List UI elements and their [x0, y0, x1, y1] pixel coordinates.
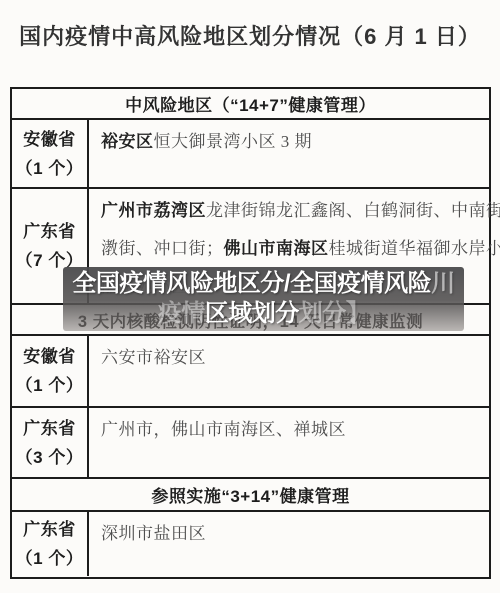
area-cell: 广州市，佛山市南海区、禅城区 [89, 408, 489, 477]
table-row-anhui-mid: 安徽省 （1 个） 裕安区恒大御景湾小区 3 期 [12, 118, 489, 187]
area-text-line2: 漖街、冲口街；佛山市南海区桂城街道华福御水岸小区、 [101, 230, 500, 268]
area-cell: 裕安区恒大御景湾小区 3 期 [89, 120, 489, 187]
section-header-mid-risk-label: 中风险地区（“14+7”健康管理） [125, 91, 376, 116]
province-count: （3 个） [16, 449, 84, 466]
province-name: 安徽省 [23, 131, 76, 148]
watermark-line2: 疫情区域划分划分】 [63, 299, 464, 329]
watermark-line2-main: 区域划分 [205, 300, 299, 327]
area-text: 广州市，佛山市南海区、禅城区 [101, 411, 483, 449]
watermark-overlay: 全国疫情风险地区分/全国疫情风险川 疫情区域划分划分】 [63, 267, 464, 331]
section-header-3plus14-label: 参照实施“3+14”健康管理 [151, 482, 349, 507]
area-text: 六安市裕安区 [101, 339, 483, 377]
document-page: 国内疫情中高风险地区划分情况（6 月 1 日） 中风险地区（“14+7”健康管理… [0, 0, 500, 593]
area-cell: 深圳市盐田区 [89, 512, 489, 576]
area-cell: 六安市裕安区 [89, 336, 489, 406]
province-name: 广东省 [23, 223, 76, 240]
province-cell: 广东省 （1 个） [12, 512, 89, 576]
watermark-clipped-glyph: 川 [431, 270, 455, 297]
province-count: （1 个） [16, 377, 84, 394]
province-name: 广东省 [23, 420, 76, 437]
province-count: （1 个） [16, 550, 84, 567]
province-name: 安徽省 [23, 348, 76, 365]
table-row-guangdong-monitoring: 广东省 （3 个） 广州市，佛山市南海区、禅城区 [12, 406, 489, 477]
area-text-line1: 广州市荔湾区龙津街锦龙汇鑫阁、白鹤洞街、中南街、东 [101, 192, 500, 230]
province-cell: 安徽省 （1 个） [12, 336, 89, 406]
area-text: 裕安区恒大御景湾小区 3 期 [101, 123, 483, 161]
province-name: 广东省 [23, 521, 76, 538]
watermark-ghost-post: 划分】 [299, 300, 370, 327]
watermark-line1: 全国疫情风险地区分/全国疫情风险川 [63, 268, 464, 299]
section-header-mid-risk: 中风险地区（“14+7”健康管理） [12, 89, 489, 118]
section-header-3plus14: 参照实施“3+14”健康管理 [12, 477, 489, 510]
province-cell: 广东省 （3 个） [12, 408, 89, 477]
page-title: 国内疫情中高风险地区划分情况（6 月 1 日） [0, 20, 500, 51]
province-cell: 安徽省 （1 个） [12, 120, 89, 187]
area-text: 深圳市盐田区 [101, 515, 483, 553]
province-count: （1 个） [16, 160, 84, 177]
risk-area-table: 中风险地区（“14+7”健康管理） 安徽省 （1 个） 裕安区恒大御景湾小区 3… [10, 87, 491, 579]
table-row-anhui-monitoring: 安徽省 （1 个） 六安市裕安区 [12, 334, 489, 406]
table-row-guangdong-3plus14: 广东省 （1 个） 深圳市盐田区 [12, 510, 489, 576]
watermark-ghost-pre: 疫情 [158, 300, 205, 327]
